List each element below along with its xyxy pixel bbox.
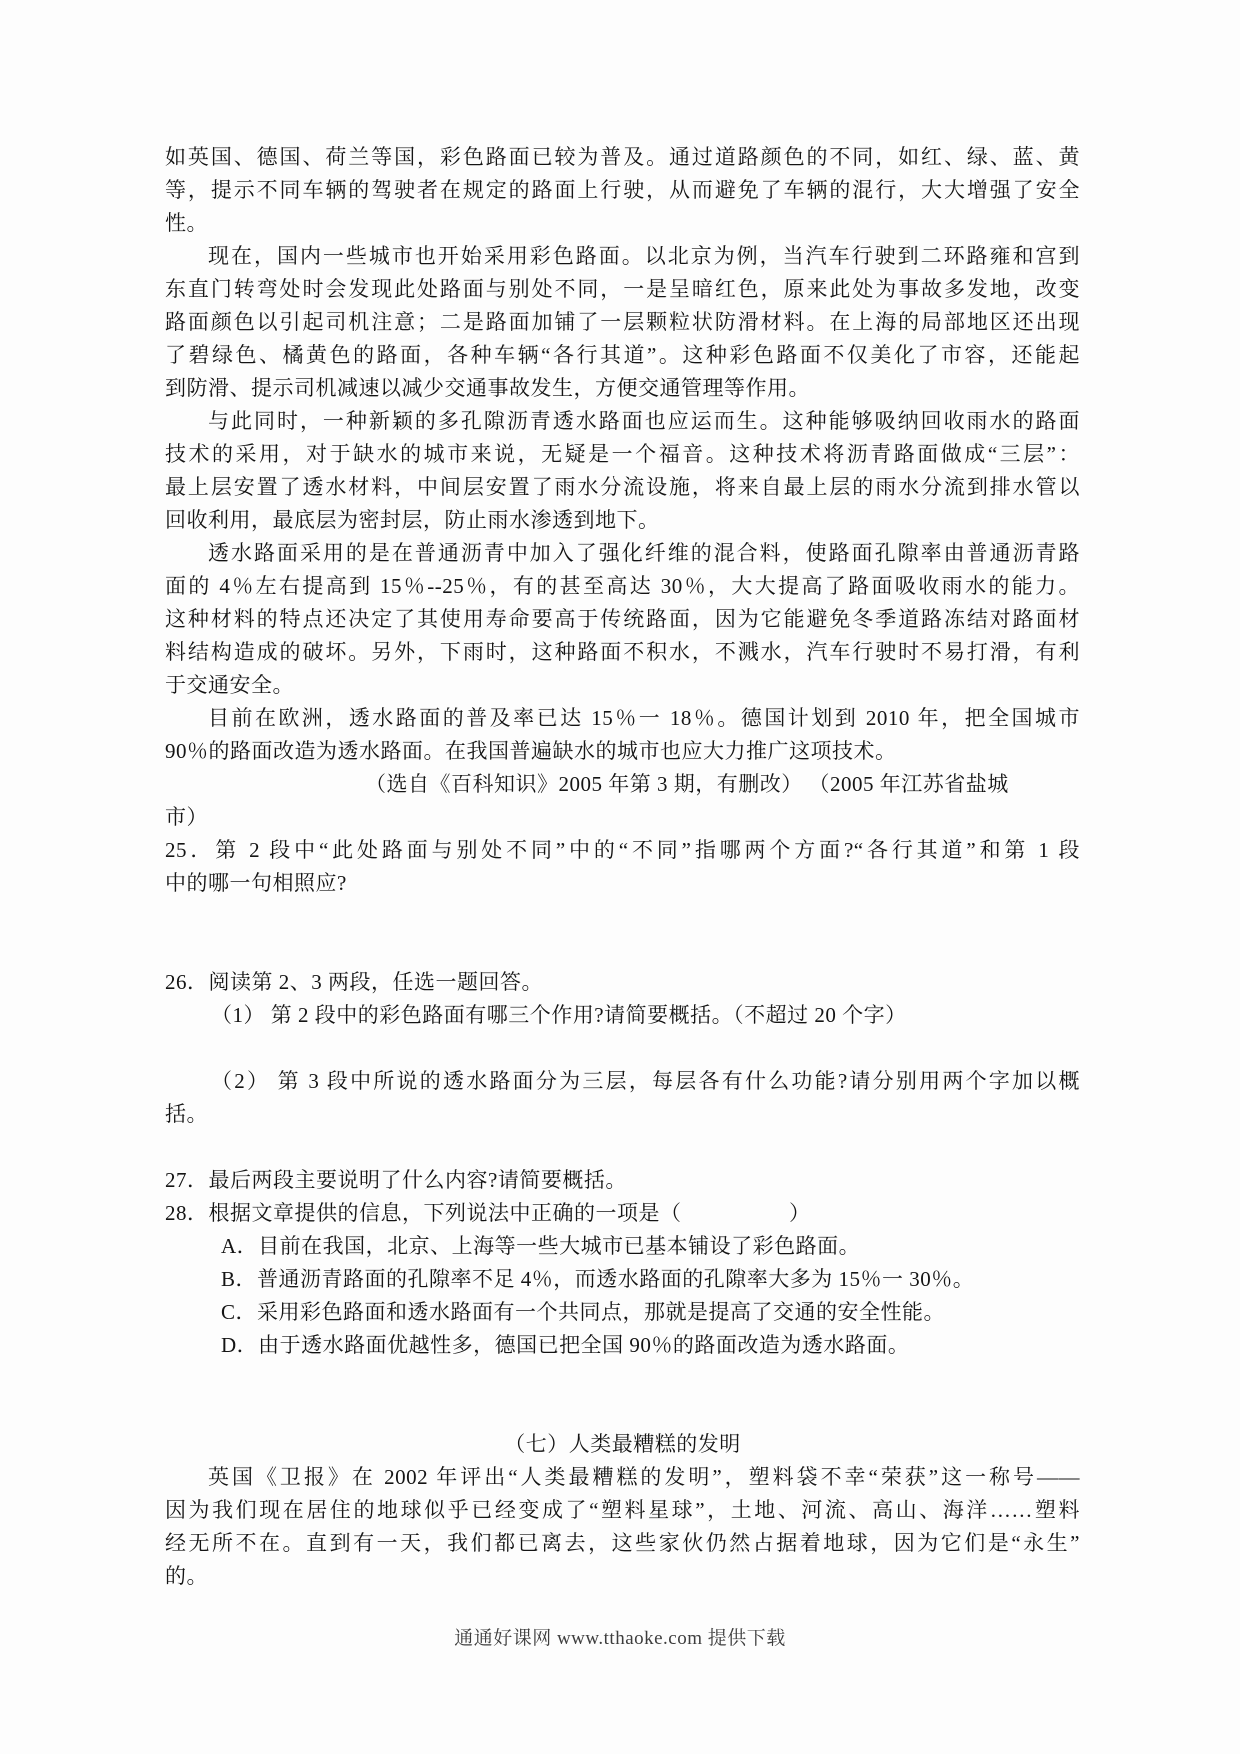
text-line: D．由于透水路面优越性多，德国已把全国 90％的路面改造为透水路面。 xyxy=(221,1329,1080,1362)
text-line: 25．第 2 段中“此处路面与别处不同”中的“不同”指哪两个方面?“各行其道”和… xyxy=(165,834,1080,867)
blank-line xyxy=(165,900,1080,933)
text-line: 东直门转弯处时会发现此处路面与别处不同，一是呈暗红色，原来此处为事故多发地，改变 xyxy=(165,273,1080,306)
text-line: 路面颜色以引起司机注意；二是路面加铺了一层颗粒状防滑材料。在上海的局部地区还出现 xyxy=(165,306,1080,339)
text-line: A．目前在我国，北京、上海等一些大城市已基本铺设了彩色路面。 xyxy=(221,1230,1080,1263)
text-line: 因为我们现在居住的地球似乎已经变成了“塑料星球”，土地、河流、高山、海洋……塑料 xyxy=(165,1494,1080,1527)
text-line: 26．阅读第 2、3 两段，任选一题回答。 xyxy=(165,966,1080,999)
text-line: （选自《百科知识》2005 年第 3 期，有删改） （2005 年江苏省盐城 xyxy=(165,768,1080,801)
text-line: B．普通沥青路面的孔隙率不足 4％，而透水路面的孔隙率大多为 15％一 30％。 xyxy=(221,1263,1080,1296)
document-body: 如英国、德国、荷兰等国，彩色路面已较为普及。通过道路颜色的不同，如红、绿、蓝、黄… xyxy=(165,141,1080,1593)
text-line: 于交通安全。 xyxy=(165,669,1080,702)
text-line: 90％的路面改造为透水路面。在我国普遍缺水的城市也应大力推广这项技术。 xyxy=(165,735,1080,768)
blank-line xyxy=(165,933,1080,966)
text-line: 中的哪一句相照应? xyxy=(165,867,1080,900)
text-line: 等，提示不同车辆的驾驶者在规定的路面上行驶，从而避免了车辆的混行，大大增强了安全 xyxy=(165,174,1080,207)
blank-line xyxy=(165,1395,1080,1428)
text-line: 经无所不在。直到有一天，我们都已离去，这些家伙仍然占据着地球，因为它们是“永生” xyxy=(165,1527,1080,1560)
text-line: 的。 xyxy=(165,1560,1080,1593)
text-line: 了碧绿色、橘黄色的路面，各种车辆“各行其道”。这种彩色路面不仅美化了市容，还能起 xyxy=(165,339,1080,372)
exam-page: 如英国、德国、荷兰等国，彩色路面已较为普及。通过道路颜色的不同，如红、绿、蓝、黄… xyxy=(0,0,1240,1754)
text-line: 技术的采用，对于缺水的城市来说，无疑是一个福音。这种技术将沥青路面做成“三层”： xyxy=(165,438,1080,471)
text-line: 回收利用，最底层为密封层，防止雨水渗透到地下。 xyxy=(165,504,1080,537)
text-line: （2） 第 3 段中所说的透水路面分为三层，每层各有什么功能?请分别用两个字加以… xyxy=(211,1065,1080,1098)
blank-line xyxy=(165,1131,1080,1164)
page-footer: 通通好课网 www.tthaoke.com 提供下载 xyxy=(0,1622,1240,1655)
text-line: （1） 第 2 段中的彩色路面有哪三个作用?请简要概括。（不超过 20 个字） xyxy=(211,999,1080,1032)
text-line: 英国《卫报》在 2002 年评出“人类最糟糕的发明”，塑料袋不幸“荣获”这一称号… xyxy=(165,1461,1080,1494)
text-line: 这种材料的特点还决定了其使用寿命要高于传统路面，因为它能避免冬季道路冻结对路面材 xyxy=(165,603,1080,636)
text-line: 透水路面采用的是在普通沥青中加入了强化纤维的混合料，使路面孔隙率由普通沥青路 xyxy=(165,537,1080,570)
text-line: 如英国、德国、荷兰等国，彩色路面已较为普及。通过道路颜色的不同，如红、绿、蓝、黄 xyxy=(165,141,1080,174)
text-line: 到防滑、提示司机减速以减少交通事故发生，方便交通管理等作用。 xyxy=(165,372,1080,405)
text-line: 括。 xyxy=(165,1098,1080,1131)
text-line: 27．最后两段主要说明了什么内容?请简要概括。 xyxy=(165,1164,1080,1197)
text-line: 与此同时，一种新颖的多孔隙沥青透水路面也应运而生。这种能够吸纳回收雨水的路面 xyxy=(165,405,1080,438)
text-line: （七）人类最糟糕的发明 xyxy=(165,1428,1080,1461)
blank-line xyxy=(165,1362,1080,1395)
text-line: 现在，国内一些城市也开始采用彩色路面。以北京为例，当汽车行驶到二环路雍和宫到 xyxy=(165,240,1080,273)
footer-text: 通通好课网 www.tthaoke.com 提供下载 xyxy=(454,1628,786,1649)
text-line: 28．根据文章提供的信息，下列说法中正确的一项是（ ） xyxy=(165,1197,1080,1230)
text-line: 料结构造成的破坏。另外，下雨时，这种路面不积水，不溅水，汽车行驶时不易打滑，有利 xyxy=(165,636,1080,669)
blank-line xyxy=(165,1032,1080,1065)
text-line: 性。 xyxy=(165,207,1080,240)
text-line: C．采用彩色路面和透水路面有一个共同点，那就是提高了交通的安全性能。 xyxy=(221,1296,1080,1329)
text-line: 市） xyxy=(165,801,1080,834)
text-line: 最上层安置了透水材料，中间层安置了雨水分流设施，将来自最上层的雨水分流到排水管以 xyxy=(165,471,1080,504)
text-line: 目前在欧洲，透水路面的普及率已达 15％一 18％。德国计划到 2010 年，把… xyxy=(165,702,1080,735)
text-line: 面的 4％左右提高到 15％--25％，有的甚至高达 30％，大大提高了路面吸收… xyxy=(165,570,1080,603)
